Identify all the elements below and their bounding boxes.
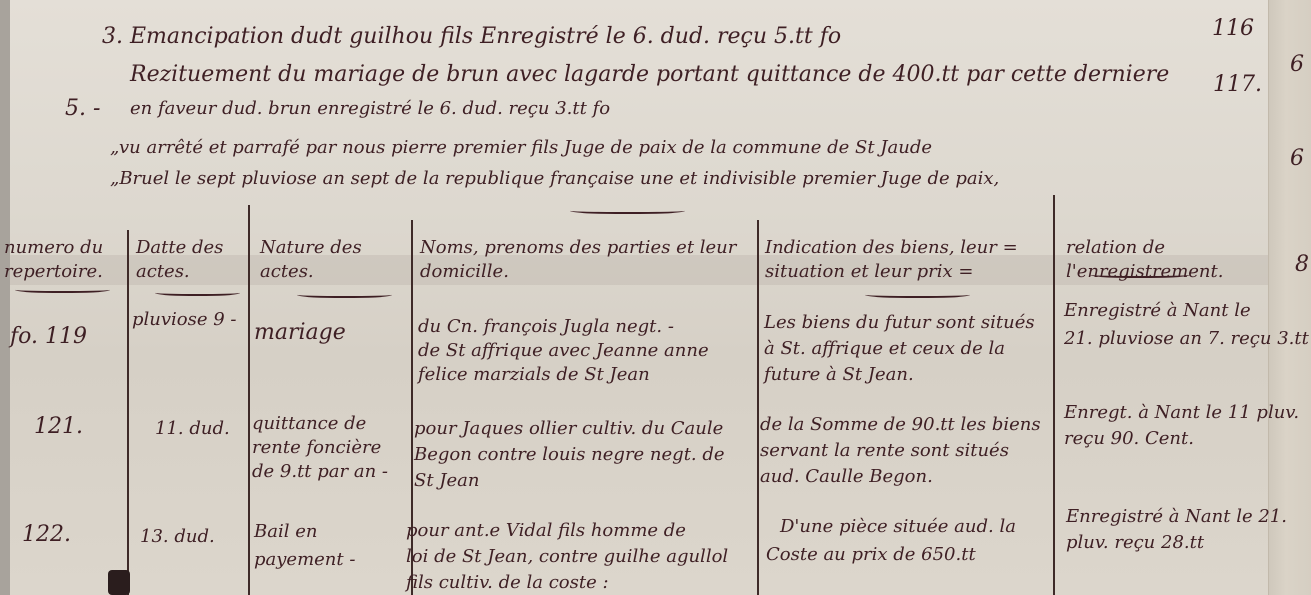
header-flourish: [865, 290, 970, 298]
cell-enregistrement: Enregt. à Nant le 11 pluv.: [1064, 402, 1299, 423]
header-parties: Noms, prenoms des parties et leur domici…: [420, 236, 750, 284]
register-page: 3. Emancipation dudt guilhou fils Enregi…: [0, 0, 1311, 595]
cell-parties: fils cultiv. de la coste :: [406, 572, 609, 593]
header-flourish: [1090, 270, 1190, 278]
header-numero: numero du repertoire.: [4, 236, 126, 284]
cell-date: 11. dud.: [155, 418, 230, 439]
header-flourish: [15, 285, 110, 293]
header-date: Datte des actes.: [136, 236, 246, 284]
cell-numero: fo. 119: [10, 324, 87, 349]
cell-nature: mariage: [254, 320, 346, 345]
cell-biens: Coste au prix de 650.tt: [766, 544, 976, 565]
cell-parties: St Jean: [414, 470, 479, 491]
cell-biens: à St. affrique et ceux de la: [764, 338, 1005, 359]
entry-text: Emancipation dudt guilhou fils Enregistr…: [130, 24, 841, 49]
header-flourish: [570, 206, 685, 214]
cell-parties: du Cn. françois Jugla negt. -: [418, 316, 674, 337]
column-divider: [757, 220, 759, 595]
entry-text: Rezituement du mariage de brun avec laga…: [130, 62, 1169, 87]
column-divider: [1053, 195, 1055, 595]
cell-nature: Bail en payement -: [254, 518, 402, 574]
cell-parties: de St affrique avec Jeanne anne: [418, 340, 709, 361]
cell-date: 13. dud.: [140, 526, 215, 547]
margin-mark: 6: [1290, 52, 1304, 77]
cell-enregistrement: pluv. reçu 28.tt: [1066, 532, 1204, 553]
folio-number: 116: [1212, 16, 1254, 41]
ink-blot: [108, 570, 130, 595]
page-edge: [0, 0, 10, 595]
column-divider: [248, 205, 250, 595]
cell-enregistrement: Enregistré à Nant le 21.: [1066, 506, 1287, 527]
cell-nature: quittance de rente foncière de 9.tt par …: [252, 412, 402, 484]
cell-date: pluviose 9 -: [132, 308, 242, 332]
cell-enregistrement: reçu 90. Cent.: [1064, 428, 1194, 449]
cell-biens: de la Somme de 90.tt les biens: [760, 414, 1041, 435]
cell-parties: felice marzials de St Jean: [418, 364, 650, 385]
cell-numero: 122.: [22, 522, 71, 547]
column-divider: [127, 230, 129, 595]
cell-biens: Les biens du futur sont situés: [764, 312, 1035, 333]
cell-numero: 121.: [34, 414, 83, 439]
header-flourish: [297, 290, 392, 298]
folio-number: 117.: [1213, 72, 1262, 97]
cell-enregistrement: Enregistré à Nant le: [1064, 300, 1251, 321]
cell-parties: Begon contre louis negre negt. de: [414, 444, 725, 465]
cell-biens: D'une pièce située aud. la: [780, 516, 1016, 537]
entry-text: en faveur dud. brun enregistré le 6. dud…: [130, 98, 610, 119]
cell-enregistrement: 21. pluviose an 7. reçu 3.tt: [1064, 328, 1309, 349]
cell-parties: loi de St Jean, contre guilhe agullol: [406, 546, 728, 567]
margin-mark: 8: [1295, 252, 1309, 277]
closing-line: „Bruel le sept pluviose an sept de la re…: [110, 168, 999, 189]
cell-biens: servant la rente sont situés: [760, 440, 1009, 461]
cell-parties: pour ant.e Vidal fils homme de: [406, 520, 686, 541]
cell-biens: future à St Jean.: [764, 364, 914, 385]
header-nature: Nature des actes.: [260, 236, 405, 284]
cell-parties: pour Jaques ollier cultiv. du Caule: [414, 418, 723, 439]
closing-line: „vu arrêté et parrafé par nous pierre pr…: [110, 137, 932, 158]
margin-mark: 6: [1290, 146, 1304, 171]
header-biens: Indication des biens, leur = situation e…: [765, 236, 1050, 284]
entry-number: 3.: [102, 24, 123, 49]
cell-biens: aud. Caulle Begon.: [760, 466, 933, 487]
header-flourish: [155, 288, 240, 296]
entry-number: 5. -: [65, 96, 100, 121]
